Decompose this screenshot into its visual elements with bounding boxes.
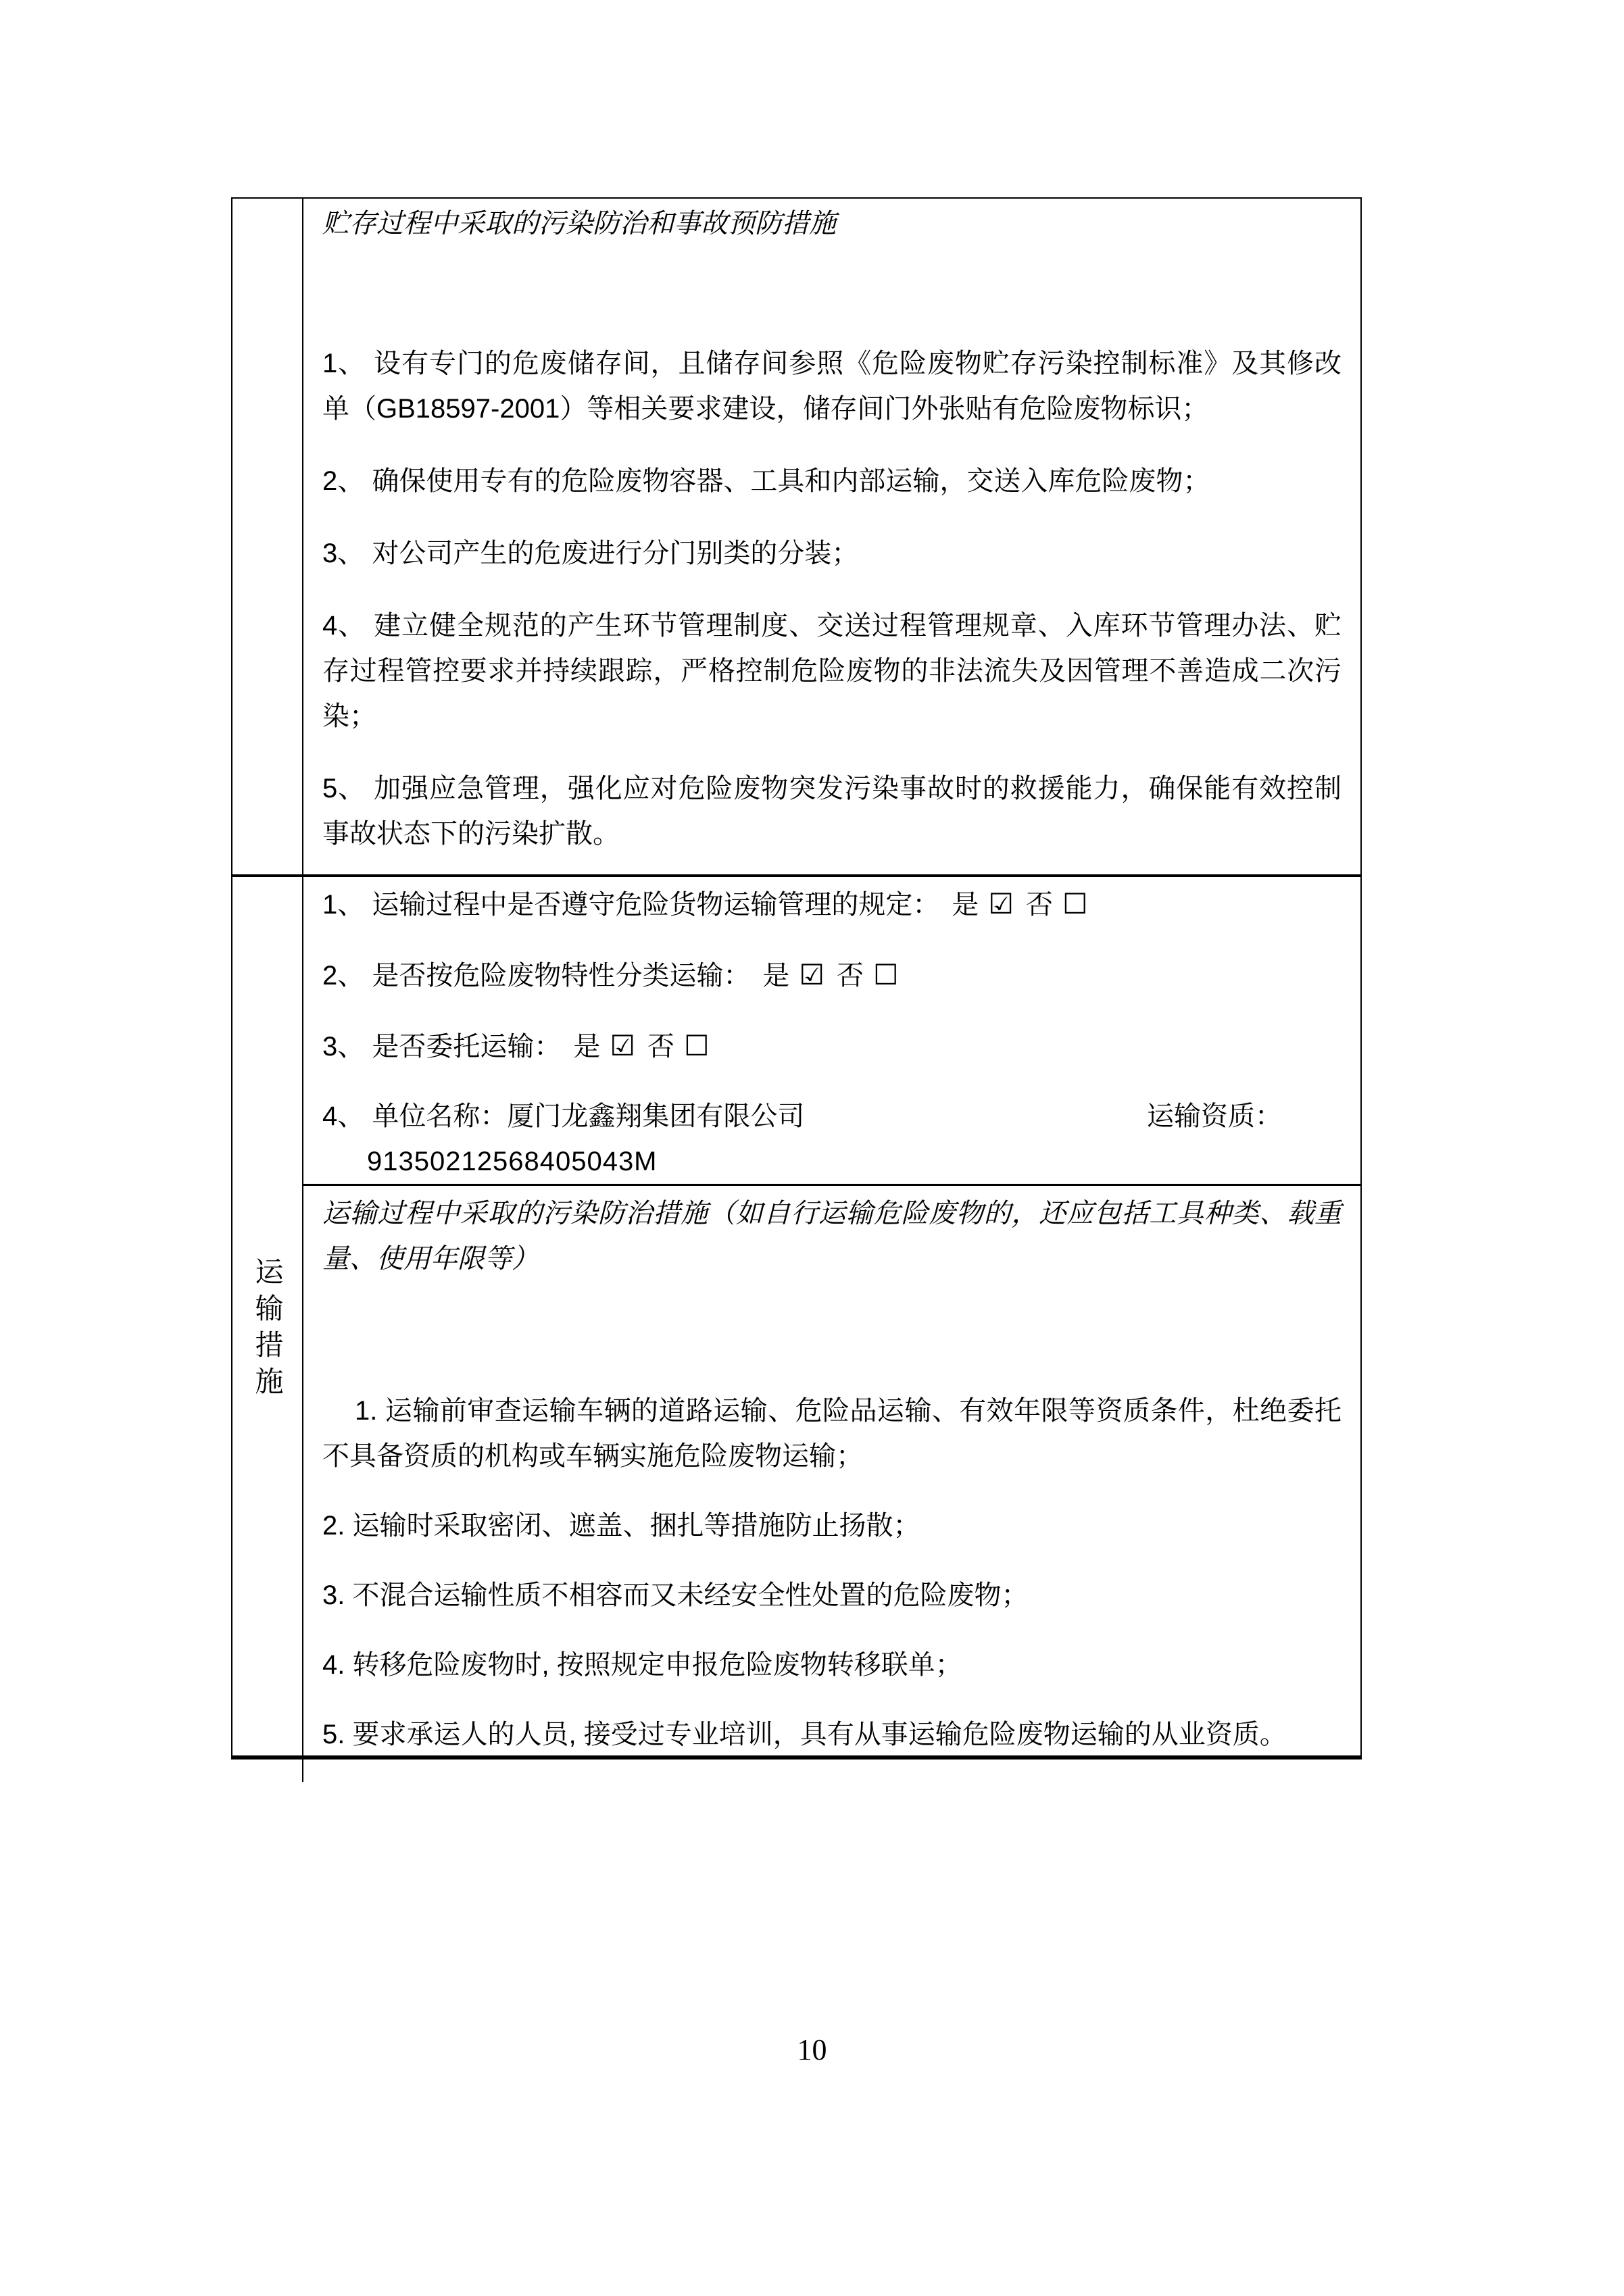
storage-item: 2、 确保使用专有的危险废物容器、工具和内部运输，交送入库危险废物；	[322, 459, 1342, 504]
question-label: 1、 运输过程中是否遵守危险货物运输管理的规定：	[322, 890, 939, 920]
no-checkbox-icon: ☐	[1062, 887, 1088, 920]
company-label: 4、 单位名称：厦门龙鑫翔集团有限公司	[322, 1094, 804, 1139]
transport-question: 3、 是否委托运输：是☑否☐	[322, 1023, 1342, 1070]
yes-label: 是	[573, 1032, 600, 1062]
storage-row-label-cell	[232, 199, 303, 874]
document-page: 贮存过程中采取的污染防治和事故预防措施 1、 设有专门的危废储存间，且储存间参照…	[0, 0, 1624, 2296]
storage-content-cell: 贮存过程中采取的污染防治和事故预防措施 1、 设有专门的危废储存间，且储存间参照…	[303, 199, 1360, 874]
transport-content-cell: 1、 运输过程中是否遵守危险货物运输管理的规定：是☑否☐ 2、 是否按危险废物特…	[303, 874, 1360, 1782]
measure-item: 2. 运输时采取密闭、遮盖、捆扎等措施防止扬散；	[322, 1503, 1342, 1549]
measures-heading: 运输过程中采取的污染防治措施（如自行运输危险废物的，还应包括工具种类、载重量、使…	[322, 1191, 1342, 1282]
measure-item: 5. 要求承运人的人员, 接受过专业培训，具有从事运输危险废物运输的从业资质。	[322, 1712, 1342, 1757]
measure-item: 3. 不混合运输性质不相容而又未经安全性处置的危险废物；	[322, 1573, 1342, 1618]
yes-checkbox-icon: ☑	[988, 887, 1014, 920]
measure-item: 4. 转移危险废物时, 按照规定申报危险废物转移联单；	[322, 1643, 1342, 1688]
yes-checkbox-icon: ☑	[610, 1029, 635, 1062]
storage-heading: 贮存过程中采取的污染防治和事故预防措施	[322, 201, 1342, 247]
company-name: 厦门龙鑫翔集团有限公司	[507, 1101, 804, 1131]
question-label: 2、 是否按危险废物特性分类运输：	[322, 961, 750, 991]
measure-item: 1. 运输前审查运输车辆的道路运输、危险品运输、有效年限等资质条件，杜绝委托不具…	[322, 1389, 1342, 1479]
qualification-label: 运输资质：	[1147, 1094, 1282, 1139]
page-number: 10	[0, 2032, 1624, 2067]
no-label: 否	[837, 961, 864, 991]
transport-measures-cell: 运输过程中采取的污染防治措施（如自行运输危险废物的，还应包括工具种类、载重量、使…	[303, 1184, 1360, 1782]
no-label: 否	[647, 1032, 674, 1062]
storage-item: 1、 设有专门的危废储存间，且储存间参照《危险废物贮存污染控制标准》及其修改单（…	[322, 341, 1342, 432]
no-label: 否	[1026, 890, 1053, 920]
yes-checkbox-icon: ☑	[799, 958, 825, 991]
yes-label: 是	[952, 890, 979, 920]
no-checkbox-icon: ☐	[684, 1029, 710, 1062]
company-line: 4、 单位名称：厦门龙鑫翔集团有限公司 运输资质：	[322, 1094, 1342, 1139]
yes-label: 是	[762, 961, 789, 991]
question-label: 3、 是否委托运输：	[322, 1032, 561, 1062]
transport-questions-cell: 1、 运输过程中是否遵守危险货物运输管理的规定：是☑否☐ 2、 是否按危险废物特…	[303, 877, 1360, 1184]
storage-item: 4、 建立健全规范的产生环节管理制度、交送过程管理规章、入库环节管理办法、贮存过…	[322, 603, 1342, 739]
measures-table: 贮存过程中采取的污染防治和事故预防措施 1、 设有专门的危废储存间，且储存间参照…	[231, 197, 1362, 1760]
storage-item: 5、 加强应急管理，强化应对危险废物突发污染事故时的救援能力，确保能有效控制事故…	[322, 766, 1342, 857]
transport-question: 1、 运输过程中是否遵守危险货物运输管理的规定：是☑否☐	[322, 881, 1342, 928]
transport-row-label-cell: 运输措施	[232, 874, 303, 1782]
credit-code: 91350212568405043M	[367, 1139, 1342, 1184]
no-checkbox-icon: ☐	[873, 958, 899, 991]
transport-question: 2、 是否按危险废物特性分类运输：是☑否☐	[322, 952, 1342, 999]
transport-row-label: 运输措施	[253, 1257, 282, 1403]
storage-item: 3、 对公司产生的危废进行分门别类的分装；	[322, 531, 1342, 576]
